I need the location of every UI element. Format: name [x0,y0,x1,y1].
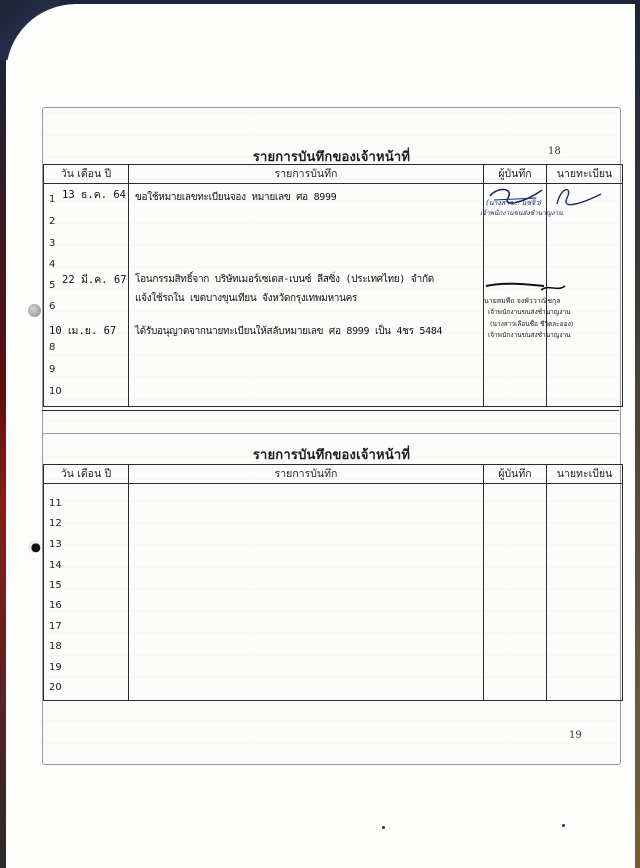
table-header-row: วัน เดือน ปี รายการบันทึก ผู้บันทึก นายท… [44,165,623,184]
line-number: 2 [49,216,55,227]
recorder-column: (นางสาว... แซ่จิ๋ว) เจ้าพนักงานขนส่งชำนา… [484,184,547,407]
header-registrar: นายทะเบียน [547,165,623,184]
date-column: 11 12 13 14 15 16 17 18 19 20 [44,484,129,701]
record-table: วัน เดือน ปี รายการบันทึก ผู้บันทึก นายท… [43,164,623,407]
entry-date: 10 เม.ย. 67 [49,322,116,339]
table-header-row: วัน เดือน ปี รายการบันทึก ผู้บันทึก นายท… [44,465,623,484]
speck [562,824,565,827]
entry-date: 22 มี.ค. 67 [62,271,127,288]
punch-hole-icon [28,540,41,553]
page-number: 19 [569,730,582,741]
background-right-edge [635,0,640,868]
line-number: 18 [49,641,62,652]
line-number: 8 [49,342,55,353]
signature-icon [539,282,569,294]
line-number: 10 [49,386,62,397]
line-number: 16 [49,600,62,611]
entry-date: 13 ธ.ค. 64 [62,186,126,203]
line-number: 14 [49,560,62,571]
header-entry: รายการบันทึก [129,465,484,484]
speck [382,826,385,829]
line-number: 20 [49,682,62,693]
line-number: 15 [49,580,62,591]
line-number: 4 [49,259,55,270]
line-number: 6 [49,301,55,312]
line-number: 11 [49,498,62,509]
header-recorder: ผู้บันทึก [484,165,547,184]
entry-text-continued: แจ้งใช้รถใน เขตบางขุนเทียน จังหวัดกรุงเท… [135,291,357,306]
record-table: วัน เดือน ปี รายการบันทึก ผู้บันทึก นายท… [43,464,623,701]
line-number: 1 [49,194,55,205]
signature-icon [551,184,611,208]
entry-column: ขอใช้หมายเลขทะเบียนจอง หมายเลข ศอ 8999 โ… [129,184,484,407]
page-number: 18 [548,146,561,157]
header-entry: รายการบันทึก [129,165,484,184]
record-sheet-bottom: รายการบันทึกของเจ้าหน้าที่ วัน เดือน ปี … [42,433,621,765]
line-number: 5 [49,280,55,291]
line-number: 9 [49,364,55,375]
line-number: 3 [49,238,55,249]
table-body-row: 11 12 13 14 15 16 17 18 19 20 [44,484,623,701]
header-date: วัน เดือน ปี [44,465,129,484]
entry-text: ได้รับอนุญาตจากนายทะเบียนให้สลับหมายเลข … [135,324,442,339]
header-registrar: นายทะเบียน [547,465,623,484]
line-number: 17 [49,621,62,632]
line-number: 12 [49,518,62,529]
entry-column [129,484,484,701]
recorder-column [484,484,547,701]
date-column: 1 2 3 4 5 6 8 9 10 13 ธ.ค. 64 22 มี.ค. 6… [44,184,129,407]
table-body-row: 1 2 3 4 5 6 8 9 10 13 ธ.ค. 64 22 มี.ค. 6… [44,184,623,407]
header-date: วัน เดือน ปี [44,165,129,184]
record-sheet-top: รายการบันทึกของเจ้าหน้าที่ 18 วัน เดือน … [42,107,621,443]
entry-text: ขอใช้หมายเลขทะเบียนจอง หมายเลข ศอ 8999 [135,190,336,205]
entry-text: โอนกรรมสิทธิ์จาก บริษัทเมอร์เซเดส-เบนซ์ … [135,272,434,287]
sheet-title: รายการบันทึกของเจ้าหน้าที่ [43,444,620,465]
registrar-column [547,484,623,701]
signature-icon [484,278,546,292]
line-number: 19 [49,662,62,673]
punch-hole-icon [28,304,41,317]
header-recorder: ผู้บันทึก [484,465,547,484]
line-number: 13 [49,539,62,550]
registrar-column [547,184,623,407]
